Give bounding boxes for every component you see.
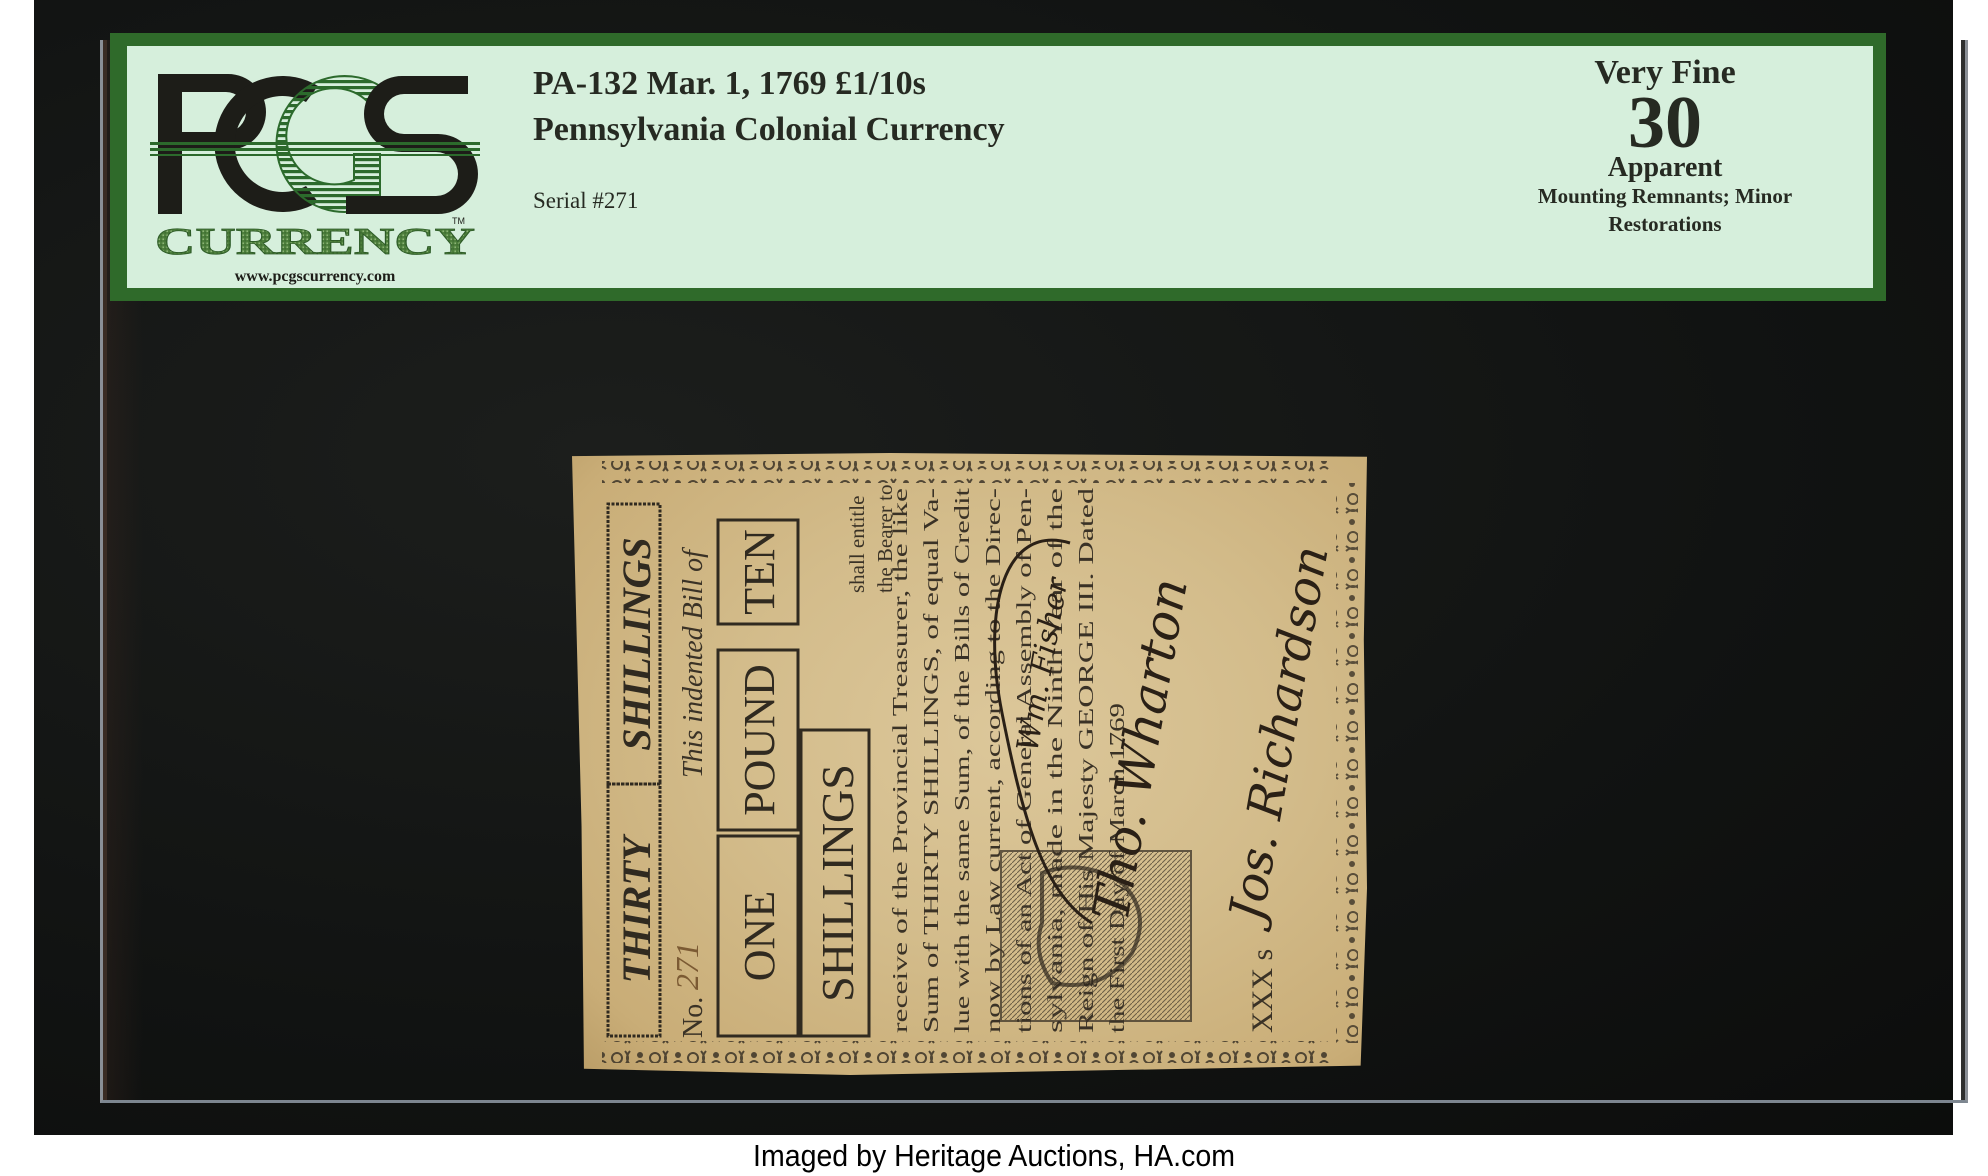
- body-text-line: receive of the Provincial Treasurer, the…: [888, 488, 912, 1033]
- svg-text:THIRTY: THIRTY: [614, 833, 659, 983]
- catalog-line: PA-132 Mar. 1, 1769 £1/10s: [533, 64, 1005, 104]
- svg-text:This indented Bill of: This indented Bill of: [678, 547, 709, 778]
- handwritten-serial: 271: [669, 942, 705, 990]
- label-field: TM CURRENCY www.pcgscurrency.com PA-132 …: [127, 46, 1873, 288]
- body-text-line: Sum of THIRTY SHILLINGS, of equal Va-: [919, 488, 943, 1033]
- corner-value: XXX s: [1246, 949, 1279, 1033]
- svg-text:ONE: ONE: [735, 891, 784, 981]
- top-ornament-border: [602, 461, 1332, 483]
- grade-qualifier: Apparent: [1527, 154, 1803, 182]
- svg-text:TEN: TEN: [735, 529, 784, 615]
- note-description: Pennsylvania Colonial Currency: [533, 110, 1005, 150]
- thirty-shillings-panel: THIRTY SHILLINGS: [608, 504, 660, 1036]
- banknote-artwork: THIRTY SHILLINGS No. 271 This indented B…: [572, 453, 1367, 1075]
- pcgs-currency-logo: TM CURRENCY www.pcgscurrency.com: [150, 62, 480, 292]
- svg-text:SHILLINGS: SHILLINGS: [812, 764, 863, 1002]
- grade-comments-2: Restorations: [1527, 210, 1803, 238]
- label-title-block: PA-132 Mar. 1, 1769 £1/10s Pennsylvania …: [533, 64, 1005, 214]
- image-credit-caption: Imaged by Heritage Auctions, HA.com: [80, 1138, 1909, 1174]
- grade-comments-1: Mounting Remnants; Minor: [1527, 182, 1803, 210]
- bottom-ornament-border: [602, 1041, 1332, 1063]
- currency-wordmark: CURRENCY: [155, 221, 475, 263]
- grade-number: 30: [1527, 92, 1803, 154]
- pcgs-url: www.pcgscurrency.com: [150, 268, 480, 286]
- denomination-boxes: ONE POUND TEN SHILLINGS: [718, 520, 869, 1036]
- body-text-line: shall entitle: [845, 496, 869, 593]
- svg-text:No.: No.: [678, 997, 709, 1038]
- svg-text:POUND: POUND: [735, 664, 784, 816]
- signature-3: Jos. Richardson: [1217, 542, 1340, 934]
- grade-block: Very Fine 30 Apparent Mounting Remnants;…: [1527, 54, 1803, 238]
- grading-label: TM CURRENCY www.pcgscurrency.com PA-132 …: [110, 33, 1886, 301]
- banknote: THIRTY SHILLINGS No. 271 This indented B…: [572, 453, 1367, 1075]
- intro-column: No. 271 This indented Bill of: [669, 547, 709, 1038]
- right-ornament-border: [1336, 483, 1358, 1043]
- serial-number: Serial #271: [533, 188, 1005, 214]
- svg-text:SHILLINGS: SHILLINGS: [614, 537, 659, 750]
- body-text-line: lue with the same Sum, of the Bills of C…: [950, 488, 974, 1033]
